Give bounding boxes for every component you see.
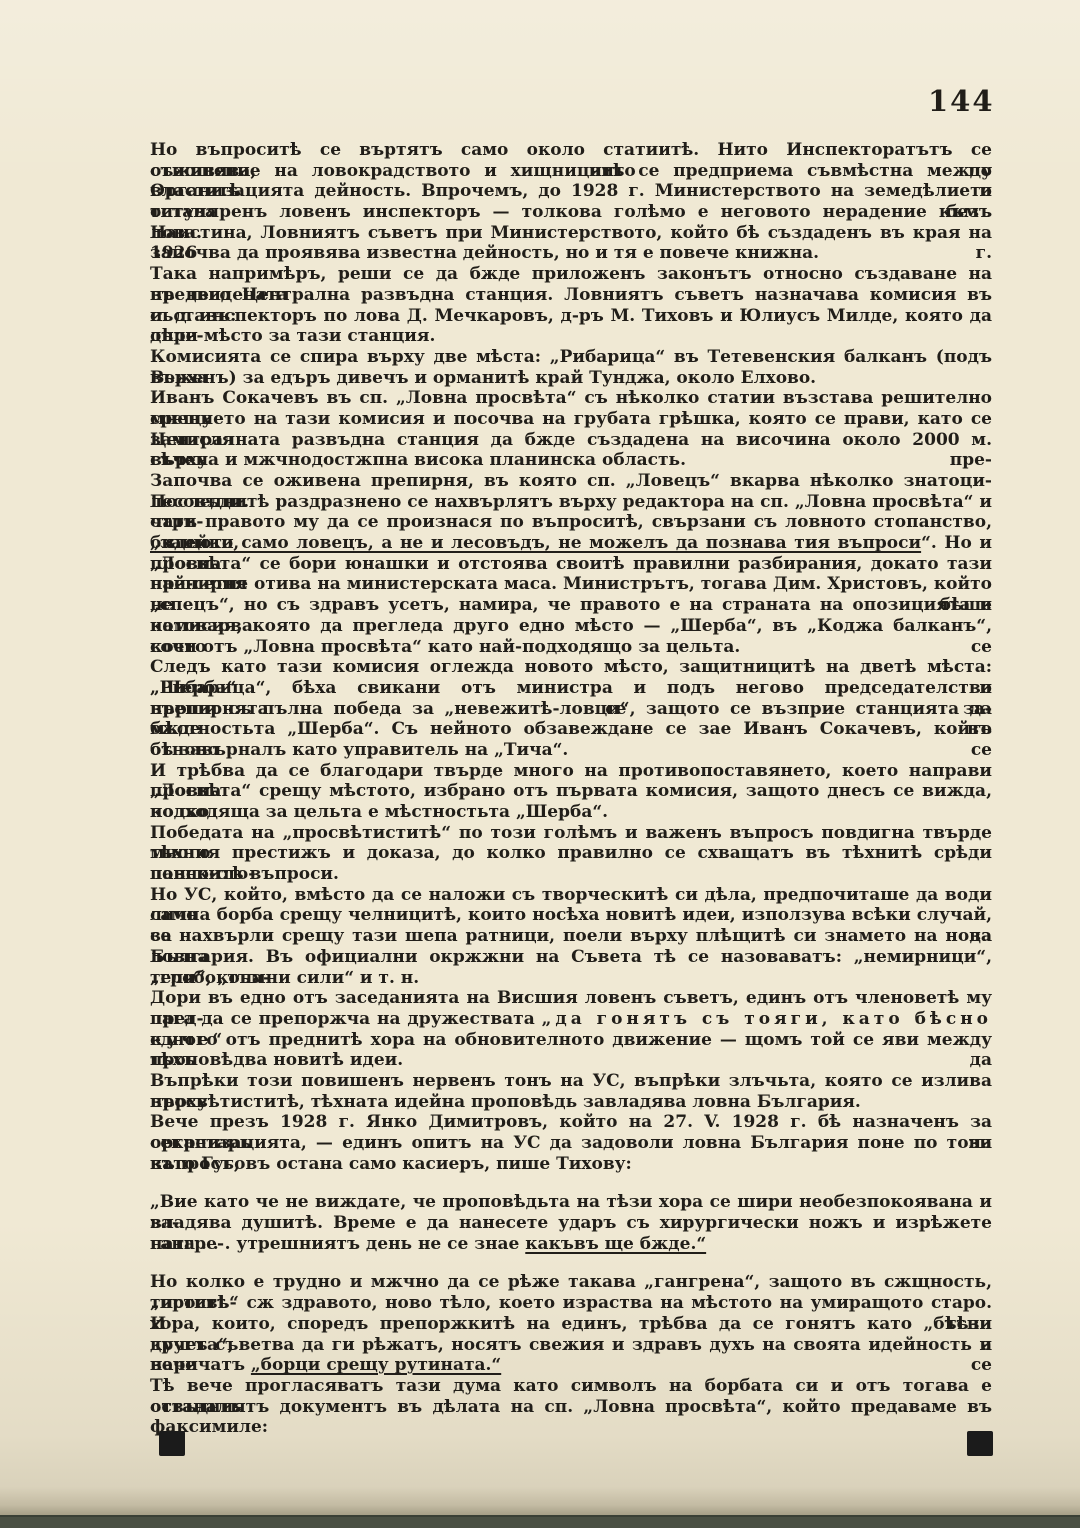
text-line: бидейки само ловецъ, а не и лесовъдъ, не… — [150, 533, 992, 554]
text-line: Започва се оживена препирня, въ която сп… — [150, 471, 992, 492]
text-segment: наричатъ — [150, 1355, 251, 1375]
text-segment: подходяща за цельта е мѣстностьта „Шерба… — [150, 802, 608, 822]
text-line: дѣли мѣсто за тази станция. — [150, 326, 992, 347]
text-line: Тѣ вече прогласяватъ тази дума като симв… — [150, 1376, 992, 1397]
text-line: просвѣтиститѣ, тѣхната идейна проповѣдь … — [150, 1092, 992, 1113]
text-line: отношение на ловокрадството и хищницитѣ … — [150, 161, 992, 182]
text-line: и. д. инспекторъ по лова Д. Мечкаровъ, д… — [150, 306, 992, 327]
text-segment: бидейки само ловецъ, а не и лесовъдъ, не… — [150, 533, 921, 553]
text-line: въ него Централна развъдна станция. Ловн… — [150, 285, 992, 306]
text-line: лага да се препоржча на дружествата „да … — [150, 1009, 992, 1030]
text-line: най-сетне отива на министерската маса. М… — [150, 574, 992, 595]
text-segment: панскитѣ въпроси. — [150, 864, 339, 884]
text-line: другъ съветва да ги рѣжатъ, носятъ свежи… — [150, 1335, 992, 1356]
text-segment: започва да проявява известна дейность, н… — [150, 243, 819, 263]
text-segment: „борци срещу рутината.“ — [251, 1355, 501, 1375]
text-segment: чатъ правото му да се произнася по въпро… — [150, 512, 992, 532]
text-line: Наистина, Ловниятъ съветъ при Министерст… — [150, 223, 992, 244]
text-line: Победата на „просвѣтиститѣ“ по този голѣ… — [150, 823, 992, 844]
text-line: лична борба срещу челницитѣ, които носѣх… — [150, 905, 992, 926]
text-line: мѣстностьта „Шерба“. Съ нейното обзавежд… — [150, 719, 992, 740]
text-line: Централната развъдна станция да бжде съз… — [150, 430, 992, 451]
page-number: 144 — [928, 84, 995, 118]
page-bottom-shadow — [0, 1487, 1080, 1517]
text-segment: тели“, „тъмни сили“ и т. н. — [150, 968, 419, 988]
text-segment: ната . . . утрешниятъ день не се знае — [150, 1234, 525, 1254]
text-segment: просвѣтиститѣ, тѣхната идейна проповѣдь … — [150, 1092, 861, 1112]
text-line: чатъ правото му да се произнася по въпро… — [150, 512, 992, 533]
text-line: Веженъ) за едъръ дивечъ и орманитѣ край … — [150, 368, 992, 389]
text-line: мнението на тази комисия и посочва на гр… — [150, 409, 992, 430]
text-line: Организацията дейность. Впрочемъ, до 192… — [150, 181, 992, 202]
text-segment: бѣ завърналъ като управитель на „Тича“. — [150, 740, 568, 760]
text-line: тиститѣ“ сж здравото, ново тѣло, което и… — [150, 1293, 992, 1314]
text-line: владява душитѣ. Време е да нанесете удар… — [150, 1213, 992, 1234]
text-line: едного отъ преднитѣ хора на обновителнот… — [150, 1030, 992, 1051]
text-line: подходяща за цельта е мѣстностьта „Шерба… — [150, 802, 992, 823]
text-line: Дори въ едно отъ заседанията на Висшия л… — [150, 988, 992, 1009]
text-line: Последнитѣ раздразнено се нахвърлятъ вър… — [150, 492, 992, 513]
text-line: комисия, която да прегледа друго едно мѣ… — [150, 616, 992, 637]
text-line: Следъ като тази комисия оглежда новото м… — [150, 657, 992, 678]
text-line: като Гуговъ остана само касиеръ, пише Ти… — [150, 1154, 992, 1175]
text-line: Но колко е трудно и мжчно да се рѣже так… — [150, 1272, 992, 1293]
text-line: Но УС, който, вмѣсто да се наложи съ тво… — [150, 885, 992, 906]
text-line: хора, които, споредъ препоржкитѣ на един… — [150, 1314, 992, 1335]
text-segment: какъвъ ще бжде.“ — [525, 1234, 706, 1254]
scanned-book-page: { "page": { "number": "144" }, "colors":… — [0, 0, 1080, 1528]
text-line: върши съ пълна победа за „невежитѣ-ловци… — [150, 699, 992, 720]
text-block: Но въпроситѣ се въртятъ само около стати… — [150, 140, 992, 1417]
text-line: ната . . . утрешниятъ день не се знае ка… — [150, 1234, 992, 1255]
text-segment: Веженъ) за едъръ дивечъ и орманитѣ край … — [150, 368, 816, 388]
page-bottom-edge — [0, 1515, 1080, 1528]
registration-mark-left — [159, 1431, 185, 1456]
text-line: „спецъ“, но съ здравъ усетъ, намира, че … — [150, 595, 992, 616]
text-line: И трѣбва да се благодари твърде много на… — [150, 761, 992, 782]
text-line: Така напримѣръ, реши се да бжде приложен… — [150, 264, 992, 285]
text-line: Комисията се спира върху две мѣста: „Риб… — [150, 347, 992, 368]
registration-mark-right — [967, 1431, 993, 1456]
text-line: България. Въ официални окржжни на Съвета… — [150, 947, 992, 968]
text-segment: дѣли мѣсто за тази станция. — [150, 326, 435, 346]
text-line: просвѣта“ срещу мѣстото, избрано отъ пър… — [150, 781, 992, 802]
text-line: се нахвърли срещу тази шепа ратници, пое… — [150, 926, 992, 947]
text-segment: лага да се препоржча на дружествата — [150, 1009, 542, 1029]
text-line: „Рибарица“, бѣха свикани отъ министра и … — [150, 678, 992, 699]
text-line: тели“, „тъмни сили“ и т. н. — [150, 968, 992, 989]
text-segment: отвъдниятъ документъ въ дѣлата на сп. „Л… — [150, 1397, 992, 1438]
text-segment: проповѣдва новитѣ идеи. — [150, 1050, 403, 1070]
text-segment: сѣчена и мжчнодостжпна висока планинска … — [150, 450, 686, 470]
text-line: Но въпроситѣ се въртятъ само около стати… — [150, 140, 992, 161]
text-segment: сочи отъ „Ловна просвѣта“ като най-подхо… — [150, 637, 740, 657]
text-line: „Вие като че не виждате, че проповѣдьта … — [150, 1192, 992, 1213]
text-line: титуляренъ ловенъ инспекторъ — толкова г… — [150, 202, 992, 223]
text-line: организацията, — единъ опитъ на УС да за… — [150, 1133, 992, 1154]
text-line: Въпрѣки този повишенъ нервенъ тонъ на УС… — [150, 1071, 992, 1092]
text-line: просвѣта“ се бори юнашки и отстоява свои… — [150, 554, 992, 575]
text-line: Иванъ Сокачевъ въ сп. „Ловна просвѣта“ с… — [150, 388, 992, 409]
text-line: тѣхния престижъ и доказа, до колко прави… — [150, 843, 992, 864]
text-line: панскитѣ въпроси. — [150, 864, 992, 885]
text-line: отвъдниятъ документъ въ дѣлата на сп. „Л… — [150, 1397, 992, 1418]
text-line: Вече презъ 1928 г. Янко Димитровъ, който… — [150, 1112, 992, 1133]
text-segment: като Гуговъ остана само касиеръ, пише Ти… — [150, 1154, 632, 1174]
